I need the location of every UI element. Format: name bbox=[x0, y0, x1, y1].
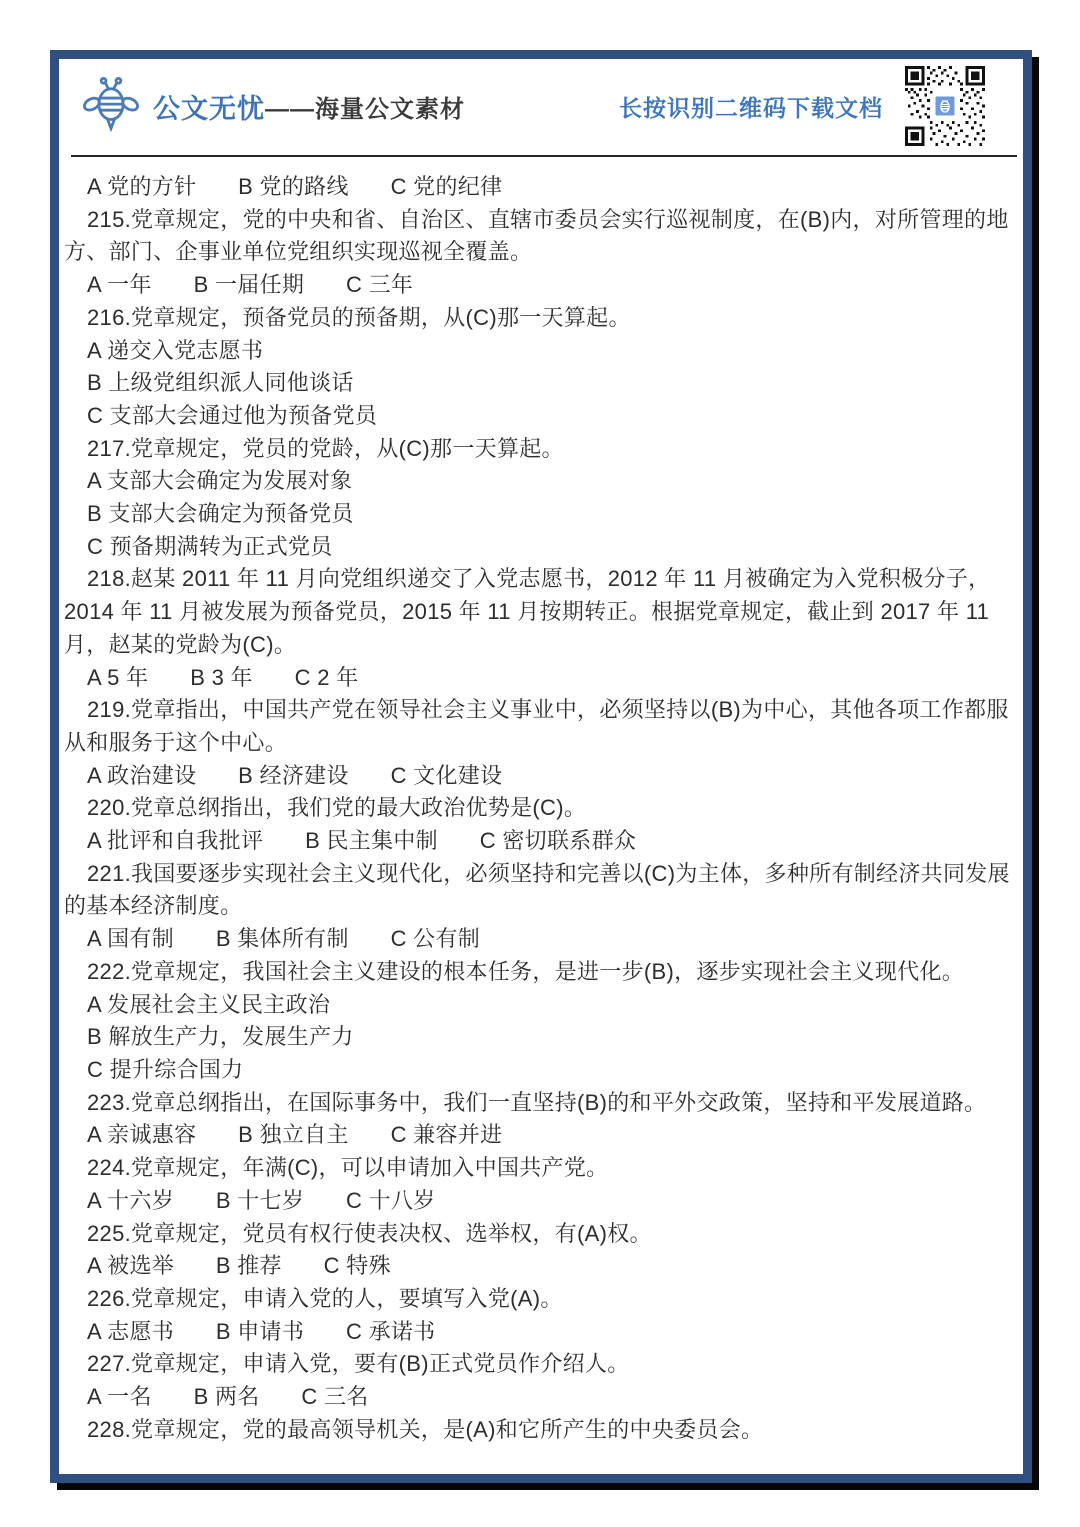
option-item: A 支部大会确定为发展对象 bbox=[87, 468, 352, 493]
option-item: A 国有制 bbox=[87, 926, 174, 951]
option-item: C 文化建设 bbox=[391, 763, 503, 788]
option-item: C 提升综合国力 bbox=[87, 1057, 243, 1082]
option-item: C 三名 bbox=[301, 1384, 368, 1409]
options-line: B 支部大会确定为预备党员 bbox=[64, 498, 1019, 531]
question-stem: 216.党章规定，预备党员的预备期，从(C)那一天算起。 bbox=[64, 302, 1019, 335]
brand: 公文无忧——海量公文素材 bbox=[83, 75, 465, 137]
option-item: B 一届任期 bbox=[194, 272, 305, 297]
question-stem: 217.党章规定，党员的党龄，从(C)那一天算起。 bbox=[64, 433, 1019, 466]
options-line: A 志愿书B 申请书C 承诺书 bbox=[64, 1316, 1019, 1349]
option-item: B 申请书 bbox=[216, 1319, 304, 1344]
options-line: A 被选举B 推荐C 特殊 bbox=[64, 1250, 1019, 1283]
options-line: A 发展社会主义民主政治 bbox=[64, 989, 1019, 1022]
options-line: C 支部大会通过他为预备党员 bbox=[64, 400, 1019, 433]
options-line: A 国有制B 集体所有制C 公有制 bbox=[64, 923, 1019, 956]
bee-logo-icon bbox=[83, 75, 139, 137]
option-item: B 3 年 bbox=[190, 665, 253, 690]
brand-title: 公文无忧 bbox=[153, 87, 265, 126]
question-stem: 228.党章规定，党的最高领导机关，是(A)和它所产生的中央委员会。 bbox=[64, 1414, 1019, 1447]
option-item: B 集体所有制 bbox=[216, 926, 349, 951]
header: 公文无忧——海量公文素材 长按识别二维码下载文档 bbox=[59, 59, 1023, 149]
option-item: A 志愿书 bbox=[87, 1319, 174, 1344]
option-item: C 三年 bbox=[346, 272, 413, 297]
options-line: C 提升综合国力 bbox=[64, 1054, 1019, 1087]
option-item: B 经济建设 bbox=[238, 763, 349, 788]
option-item: A 递交入党志愿书 bbox=[87, 338, 263, 363]
qr-hint-text: 长按识别二维码下载文档 bbox=[619, 90, 883, 123]
option-item: C 党的纪律 bbox=[391, 174, 503, 199]
options-line: B 上级党组织派人同他谈话 bbox=[64, 367, 1019, 400]
option-item: A 十六岁 bbox=[87, 1188, 174, 1213]
option-item: C 十八岁 bbox=[346, 1188, 436, 1213]
question-stem: 219.党章指出，中国共产党在领导社会主义事业中，必须坚持以(B)为中心，其他各… bbox=[64, 694, 1019, 759]
option-item: A 一年 bbox=[87, 272, 152, 297]
option-item: B 支部大会确定为预备党员 bbox=[87, 501, 354, 526]
options-line: A 批评和自我批评B 民主集中制C 密切联系群众 bbox=[64, 825, 1019, 858]
qr-center-logo bbox=[935, 96, 956, 117]
qr-code[interactable] bbox=[905, 66, 985, 146]
option-item: B 民主集中制 bbox=[305, 828, 438, 853]
option-item: A 发展社会主义民主政治 bbox=[87, 992, 330, 1017]
option-item: B 解放生产力，发展生产力 bbox=[87, 1024, 354, 1049]
option-item: B 党的路线 bbox=[238, 174, 349, 199]
option-item: B 推荐 bbox=[216, 1253, 282, 1278]
option-item: A 政治建设 bbox=[87, 763, 196, 788]
option-item: A 党的方针 bbox=[87, 174, 196, 199]
question-stem: 225.党章规定，党员有权行使表决权、选举权，有(A)权。 bbox=[64, 1218, 1019, 1251]
page-frame: 公文无忧——海量公文素材 长按识别二维码下载文档 bbox=[50, 50, 1032, 1483]
question-stem: 224.党章规定，年满(C)，可以申请加入中国共产党。 bbox=[64, 1152, 1019, 1185]
question-stem: 220.党章总纲指出，我们党的最大政治优势是(C)。 bbox=[64, 792, 1019, 825]
option-item: A 亲诚惠容 bbox=[87, 1122, 196, 1147]
question-stem: 221.我国要逐步实现社会主义现代化，必须坚持和完善以(C)为主体，多种所有制经… bbox=[64, 858, 1019, 923]
brand-tagline: ——海量公文素材 bbox=[265, 89, 465, 124]
option-item: B 十七岁 bbox=[216, 1188, 304, 1213]
option-item: A 被选举 bbox=[87, 1253, 174, 1278]
option-item: C 2 年 bbox=[295, 665, 359, 690]
option-item: A 5 年 bbox=[87, 665, 148, 690]
question-stem: 226.党章规定，申请入党的人，要填写入党(A)。 bbox=[64, 1283, 1019, 1316]
options-line: A 亲诚惠容B 独立自主C 兼容并进 bbox=[64, 1119, 1019, 1152]
option-item: C 支部大会通过他为预备党员 bbox=[87, 403, 377, 428]
options-line: B 解放生产力，发展生产力 bbox=[64, 1021, 1019, 1054]
option-item: B 独立自主 bbox=[238, 1122, 349, 1147]
options-line: A 政治建设B 经济建设C 文化建设 bbox=[64, 760, 1019, 793]
option-item: C 承诺书 bbox=[346, 1319, 436, 1344]
options-line: C 预备期满转为正式党员 bbox=[64, 531, 1019, 564]
options-line: A 支部大会确定为发展对象 bbox=[64, 465, 1019, 498]
option-item: C 预备期满转为正式党员 bbox=[87, 534, 333, 559]
options-line: A 党的方针B 党的路线C 党的纪律 bbox=[64, 171, 1019, 204]
question-stem: 227.党章规定，申请入党，要有(B)正式党员作介绍人。 bbox=[64, 1348, 1019, 1381]
option-item: C 特殊 bbox=[324, 1253, 391, 1278]
question-stem: 223.党章总纲指出，在国际事务中，我们一直坚持(B)的和平外交政策，坚持和平发… bbox=[64, 1087, 1019, 1120]
question-stem: 218.赵某 2011 年 11 月向党组织递交了入党志愿书，2012 年 11… bbox=[64, 563, 1019, 661]
option-item: A 一名 bbox=[87, 1384, 152, 1409]
option-item: C 公有制 bbox=[391, 926, 481, 951]
option-item: B 两名 bbox=[194, 1384, 260, 1409]
options-line: A 一年B 一届任期C 三年 bbox=[64, 269, 1019, 302]
option-item: A 批评和自我批评 bbox=[87, 828, 263, 853]
options-line: A 十六岁B 十七岁C 十八岁 bbox=[64, 1185, 1019, 1218]
option-item: C 兼容并进 bbox=[391, 1122, 503, 1147]
option-item: B 上级党组织派人同他谈话 bbox=[87, 370, 354, 395]
options-line: A 一名B 两名C 三名 bbox=[64, 1381, 1019, 1414]
option-item: C 密切联系群众 bbox=[480, 828, 636, 853]
question-stem: 222.党章规定，我国社会主义建设的根本任务，是进一步(B)，逐步实现社会主义现… bbox=[64, 956, 1019, 989]
document-body: A 党的方针B 党的路线C 党的纪律 215.党章规定，党的中央和省、自治区、直… bbox=[59, 157, 1023, 1446]
options-line: A 5 年B 3 年C 2 年 bbox=[64, 662, 1019, 695]
options-line: A 递交入党志愿书 bbox=[64, 335, 1019, 368]
question-stem: 215.党章规定，党的中央和省、自治区、直辖市委员会实行巡视制度，在(B)内，对… bbox=[64, 204, 1019, 269]
